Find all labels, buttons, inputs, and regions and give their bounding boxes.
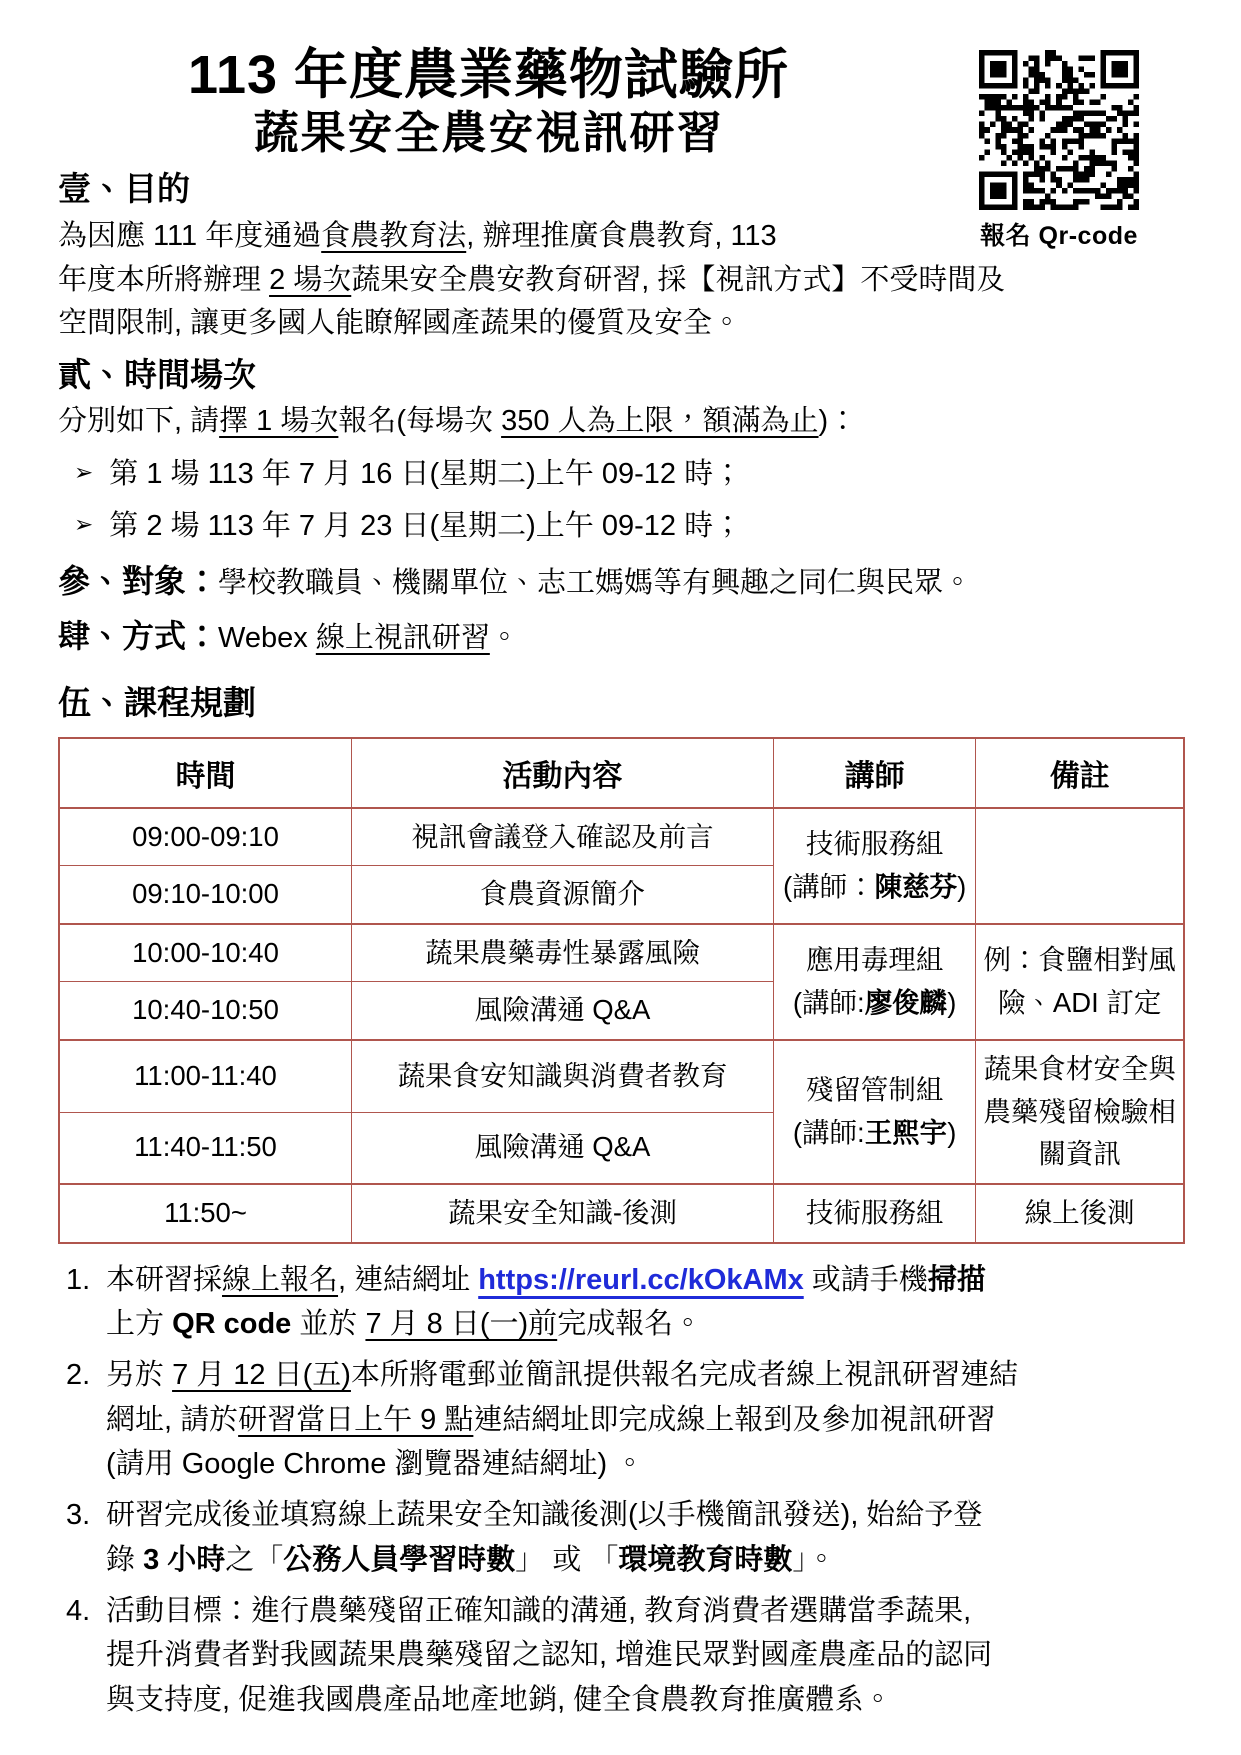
table-cell: 技術服務組(講師：陳慈芬) — [773, 808, 976, 924]
table-cell: 11:50~ — [59, 1184, 352, 1243]
note-text: 另於 7 月 12 日(五)本所將電郵並簡訊提供報名完成者線上視訊研習連結網址,… — [106, 1353, 1185, 1486]
text-segment: 10:40-10:50 — [132, 994, 279, 1025]
text-segment: 公務人員學習時數 — [283, 1544, 515, 1576]
table-cell: 蔬果農藥毒性暴露風險 — [352, 924, 774, 982]
table-cell — [976, 808, 1184, 924]
text-segment: 與支持度, 促進我國農產品地產地銷, 健全食農教育推廣體系。 — [106, 1684, 892, 1716]
text-segment: 提升消費者對我國蔬果農藥殘留之認知, 增進民眾對國產農產品的認同 — [106, 1639, 992, 1671]
text-segment: 殘留管制組 — [806, 1074, 944, 1105]
method-text: Webex 線上視訊研習。 — [218, 622, 519, 654]
session-text: 第 2 場 113 年 7 月 23 日(星期二)上午 09-12 時； — [109, 505, 742, 549]
text-segment: 擇 1 場次 — [219, 405, 338, 437]
text-segment: 線上視訊研習 — [316, 622, 490, 654]
qr-caption: 報名 Qr-code — [933, 216, 1185, 252]
text-segment: 完成報名。 — [557, 1308, 702, 1340]
text-segment: 350 人為上限，額滿為止 — [501, 405, 818, 437]
text-segment: 掃描 — [928, 1264, 986, 1296]
qr-block: 報名 Qr-code — [933, 50, 1185, 252]
text-segment: 蔬果農藥毒性暴露風險 — [425, 937, 700, 968]
text-segment: 食農資源簡介 — [480, 878, 645, 909]
table-cell: 10:00-10:40 — [59, 924, 352, 982]
text-segment: 11:00-11:40 — [134, 1060, 277, 1091]
bullet-arrow-icon: ➢ — [74, 507, 93, 551]
text-segment: QR code — [172, 1308, 291, 1340]
text-segment: 食農教育法 — [321, 220, 466, 252]
text-segment: 之「 — [225, 1544, 283, 1576]
text-segment: 3 小時 — [143, 1544, 225, 1576]
text-segment: 環境教育時數 — [618, 1544, 792, 1576]
audience-text: 學校教職員、機關單位、志工媽媽等有興趣之同仁與民眾。 — [218, 567, 972, 599]
text-segment: 」。 — [792, 1544, 836, 1576]
text-segment: 」 或 「 — [515, 1544, 618, 1576]
table-cell: 視訊會議登入確認及前言 — [352, 808, 774, 866]
table-cell: 例：食鹽相對風險、ADI 訂定 — [976, 924, 1184, 1040]
text-segment: 王熙宇 — [865, 1117, 948, 1148]
table-cell: 風險溝通 Q&A — [352, 982, 774, 1040]
session-text: 第 1 場 113 年 7 月 16 日(星期二)上午 09-12 時； — [109, 453, 742, 497]
note-item: 2.另於 7 月 12 日(五)本所將電郵並簡訊提供報名完成者線上視訊研習連結網… — [58, 1353, 1185, 1486]
qr-code-image — [979, 50, 1139, 210]
text-segment: 風險溝通 Q&A — [475, 994, 651, 1025]
table-column-header: 時間 — [59, 738, 352, 808]
text-segment: 網址, 請於 — [106, 1404, 238, 1436]
schedule-intro: 分別如下, 請擇 1 場次報名(每場次 350 人為上限，額滿為止)： — [58, 400, 1185, 444]
table-cell: 風險溝通 Q&A — [352, 1112, 774, 1184]
note-item: 1.本研習採線上報名, 連結網址 https://reurl.cc/kOkAMx… — [58, 1258, 1185, 1347]
text-segment: 09:10-10:00 — [132, 878, 279, 909]
table-row: 10:00-10:40蔬果農藥毒性暴露風險應用毒理組(講師:廖俊麟)例：食鹽相對… — [59, 924, 1184, 982]
section-heading-schedule: 貳、時間場次 — [58, 354, 1185, 397]
text-segment: 11:50~ — [164, 1197, 247, 1228]
text-segment: 分別如下, 請 — [58, 405, 219, 437]
table-cell: 10:40-10:50 — [59, 982, 352, 1040]
text-segment: 11:40-11:50 — [134, 1131, 277, 1162]
table-cell: 09:10-10:00 — [59, 866, 352, 924]
table-cell: 09:00-09:10 — [59, 808, 352, 866]
note-number: 3. — [58, 1493, 106, 1582]
note-number: 4. — [58, 1589, 106, 1722]
table-column-header: 講師 — [773, 738, 976, 808]
table-column-header: 備註 — [976, 738, 1184, 808]
note-number: 2. — [58, 1353, 106, 1486]
bullet-arrow-icon: ➢ — [74, 455, 93, 499]
text-segment: (講師： — [783, 871, 875, 902]
session-item: ➢第 1 場 113 年 7 月 16 日(星期二)上午 09-12 時； — [58, 453, 1185, 497]
text-segment: ) — [947, 1117, 956, 1148]
text-segment: 蔬果安全農安教育研習, 採【視訊方式】不受時間及 — [351, 264, 1005, 296]
text-segment: 風險溝通 Q&A — [475, 1131, 651, 1162]
text-segment: 視訊會議登入確認及前言 — [411, 821, 714, 852]
text-segment: 連結網址即完成線上報到及參加視訊研習 — [473, 1404, 995, 1436]
text-segment: 。 — [490, 622, 519, 654]
text-segment: 技術服務組 — [806, 1197, 944, 1228]
text-segment: 線上報名 — [222, 1264, 338, 1296]
audience-line: 參、對象：學校教職員、機關單位、志工媽媽等有興趣之同仁與民眾。 — [58, 558, 1185, 604]
table-cell: 11:40-11:50 — [59, 1112, 352, 1184]
note-item: 3.研習完成後並填寫線上蔬果安全知識後測(以手機簡訊發送), 始給予登錄 3 小… — [58, 1493, 1185, 1582]
text-segment: 09:00-09:10 — [132, 821, 279, 852]
text-segment: 研習當日上午 9 點 — [238, 1404, 473, 1436]
text-segment: 蔬果食安知識與消費者教育 — [397, 1060, 727, 1091]
note-text: 研習完成後並填寫線上蔬果安全知識後測(以手機簡訊發送), 始給予登錄 3 小時之… — [106, 1493, 1185, 1582]
text-segment: 研習完成後並填寫線上蔬果安全知識後測(以手機簡訊發送), 始給予登 — [106, 1499, 982, 1531]
text-segment: (講師: — [793, 1117, 865, 1148]
table-row: 11:00-11:40蔬果食安知識與消費者教育殘留管制組(講師:王熙宇)蔬果食材… — [59, 1040, 1184, 1112]
text-segment: , 連結網址 — [338, 1264, 478, 1296]
text-segment: , 辦理推廣食農教育, 113 — [466, 220, 776, 252]
table-column-header: 活動內容 — [352, 738, 774, 808]
note-text: 本研習採線上報名, 連結網址 https://reurl.cc/kOkAMx 或… — [106, 1258, 1185, 1347]
text-segment: 空間限制, 讓更多國人能瞭解國產蔬果的優質及安全。 — [58, 307, 741, 339]
text-segment: 蔬果食材安全與農藥殘留檢驗相關資訊 — [983, 1053, 1176, 1169]
text-segment: 線上後測 — [1025, 1197, 1135, 1228]
text-segment: 年度本所將辦理 — [58, 264, 269, 296]
text-segment: 廖俊麟 — [865, 987, 948, 1018]
text-segment: (請用 Google Chrome 瀏覽器連結網址) 。 — [106, 1448, 644, 1480]
table-cell: 技術服務組 — [773, 1184, 976, 1243]
note-item: 4.活動目標：進行農藥殘留正確知識的溝通, 教育消費者選購當季蔬果,提升消費者對… — [58, 1589, 1185, 1722]
text-segment: 陳慈芬 — [875, 871, 958, 902]
flyer-page: 報名 Qr-code 113 年度農業藥物試驗所 蔬果安全農安視訊研習 壹、目的… — [0, 0, 1241, 1755]
text-segment: 7 月 12 日(五) — [172, 1359, 351, 1391]
text-segment: 活動目標：進行農藥殘留正確知識的溝通, 教育消費者選購當季蔬果, — [106, 1595, 971, 1627]
text-segment: Webex — [218, 622, 316, 654]
table-cell: 應用毒理組(講師:廖俊麟) — [773, 924, 976, 1040]
text-segment: 2 場次 — [269, 264, 351, 296]
text-segment: 另於 — [106, 1359, 172, 1391]
section-heading-course: 伍、課程規劃 — [58, 682, 1185, 725]
session-item: ➢第 2 場 113 年 7 月 23 日(星期二)上午 09-12 時； — [58, 505, 1185, 549]
text-segment: ) — [947, 987, 956, 1018]
note-text: 活動目標：進行農藥殘留正確知識的溝通, 教育消費者選購當季蔬果,提升消費者對我國… — [106, 1589, 1185, 1722]
text-segment: )： — [819, 405, 858, 437]
text-segment: 本研習採 — [106, 1264, 222, 1296]
table-cell: 蔬果食安知識與消費者教育 — [352, 1040, 774, 1112]
table-cell: 食農資源簡介 — [352, 866, 774, 924]
text-segment: 10:00-10:40 — [132, 937, 279, 968]
text-segment: 7 月 8 日(一)前 — [365, 1308, 557, 1340]
text-segment: 或請手機 — [804, 1264, 928, 1296]
text-segment: 蔬果安全知識-後測 — [448, 1197, 677, 1228]
text-segment: 報名(每場次 — [338, 405, 501, 437]
registration-link[interactable]: https://reurl.cc/kOkAMx — [478, 1264, 804, 1296]
table-cell: 11:00-11:40 — [59, 1040, 352, 1112]
table-row: 09:00-09:10視訊會議登入確認及前言技術服務組(講師：陳慈芬) — [59, 808, 1184, 866]
text-segment: ) — [957, 871, 966, 902]
table-header-row: 時間活動內容講師備註 — [59, 738, 1184, 808]
text-segment: 上方 — [106, 1308, 172, 1340]
text-segment: 技術服務組 — [806, 828, 944, 859]
method-label: 肆、方式： — [58, 618, 218, 654]
session-list: ➢第 1 場 113 年 7 月 16 日(星期二)上午 09-12 時；➢第 … — [58, 453, 1185, 549]
table-cell: 蔬果安全知識-後測 — [352, 1184, 774, 1243]
text-segment: 例：食鹽相對風險、ADI 訂定 — [983, 944, 1176, 1018]
method-line: 肆、方式：Webex 線上視訊研習。 — [58, 613, 1185, 659]
text-segment: 並於 — [291, 1308, 365, 1340]
note-number: 1. — [58, 1258, 106, 1347]
notes-list: 1.本研習採線上報名, 連結網址 https://reurl.cc/kOkAMx… — [58, 1258, 1185, 1723]
table-cell: 線上後測 — [976, 1184, 1184, 1243]
table-cell: 蔬果食材安全與農藥殘留檢驗相關資訊 — [976, 1040, 1184, 1184]
text-segment: (講師: — [793, 987, 865, 1018]
course-table: 時間活動內容講師備註 09:00-09:10視訊會議登入確認及前言技術服務組(講… — [58, 737, 1185, 1244]
text-segment: 為因應 111 年度通過 — [58, 220, 321, 252]
text-segment: 錄 — [106, 1544, 143, 1576]
table-row: 11:50~蔬果安全知識-後測技術服務組線上後測 — [59, 1184, 1184, 1243]
table-cell: 殘留管制組(講師:王熙宇) — [773, 1040, 976, 1184]
audience-label: 參、對象： — [58, 563, 218, 599]
text-segment: 本所將電郵並簡訊提供報名完成者線上視訊研習連結 — [351, 1359, 1018, 1391]
text-segment: 應用毒理組 — [806, 944, 944, 975]
